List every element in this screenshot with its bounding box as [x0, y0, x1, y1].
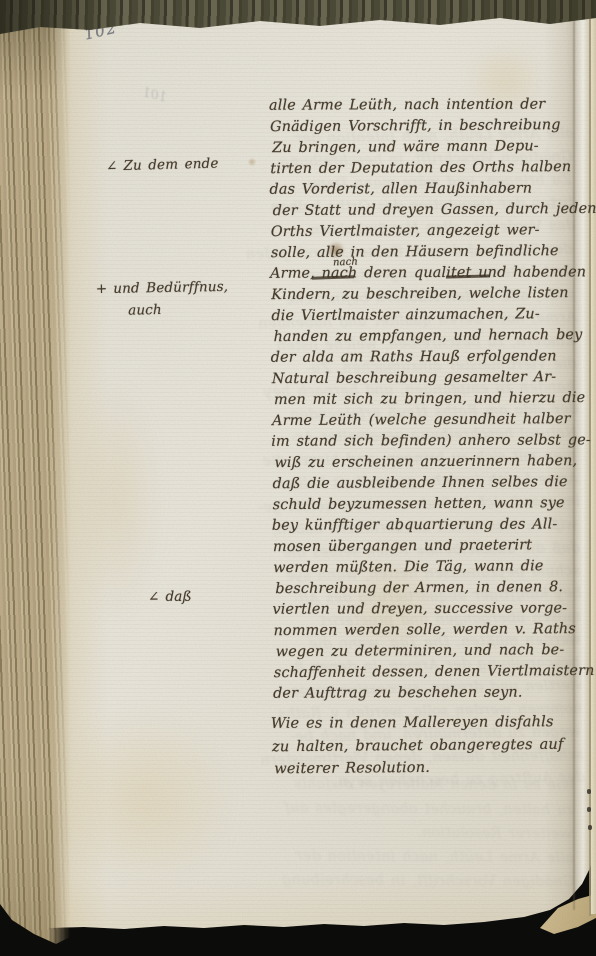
manuscript-line: men mit sich zu bringen, und hierzu die: [274, 388, 596, 411]
manuscript-line: alle Arme Leüth, nach intention der: [269, 94, 593, 116]
margin-note-text: Zu dem ende: [123, 156, 218, 174]
manuscript-line: Orths Viertlmaister, angezeigt wer-: [271, 220, 595, 243]
insertion-mark: ∠: [106, 158, 118, 174]
book-binding-page-stack: [0, 6, 72, 952]
manuscript-line: wiß zu erscheinen anzuerinnern haben,: [274, 451, 596, 474]
manuscript-line: viertlen und dreyen, successive vorge-: [272, 598, 596, 620]
margin-note-text: und Bedürffnus,: [113, 279, 228, 297]
manuscript-scan: alle Arme Leüth, nach intention derGnädi…: [0, 0, 596, 956]
manuscript-text-block: alle Arme Leüth, nach intention derGnädi…: [270, 94, 596, 705]
margin-note-zu-dem-ende: ∠Zu dem ende: [106, 156, 219, 175]
margin-note-dass: ∠daß: [148, 589, 192, 605]
margin-note-und-beduerffnus: +und Bedürffnus, auch: [96, 276, 229, 322]
manuscript-line: der Statt und dreyen Gassen, durch jeden: [273, 199, 596, 222]
manuscript-line: Wie es in denen Mallereyen disfahls: [271, 711, 563, 735]
binding-stitch-dot: [588, 825, 592, 830]
manuscript-line: zu halten, brauchet obangeregtes auf: [272, 733, 564, 758]
manuscript-line: bey künfftiger abquartierung des All-: [272, 514, 596, 536]
manuscript-line: das Vorderist, allen Haußinhabern: [269, 178, 593, 200]
insertion-mark: ∠: [148, 589, 159, 605]
margin-note-line: +und Bedürffnus,: [96, 276, 229, 300]
closing-paragraph: Wie es in denen Mallereyen disfahlszu ha…: [272, 711, 564, 781]
interlinear-insertion: nach: [333, 257, 358, 269]
manuscript-line: Natural beschreibung gesamelter Ar-: [272, 367, 596, 390]
manuscript-line: daß die ausbleibende Ihnen selbes die: [273, 472, 596, 495]
manuscript-line: werden müßten. Die Täg, wann die: [273, 556, 596, 579]
manuscript-line: Arme, nach deren qualitet und habenden: [270, 262, 594, 284]
manuscript-line: handen zu empfangen, und hernach bey: [273, 325, 596, 348]
manuscript-line: Zu bringen, und wäre mann Depu-: [272, 136, 596, 159]
manuscript-line: der Aufttrag zu beschehen seyn.: [273, 682, 596, 704]
margin-note-text: daß: [165, 589, 191, 605]
manuscript-line: nommen werden solle, werden v. Raths: [274, 619, 596, 642]
manuscript-line: tirten der Deputation des Orths halben: [270, 157, 594, 180]
manuscript-line: Arme Leüth (welche gesundheit halber: [272, 409, 596, 432]
insertion-mark: +: [96, 281, 108, 297]
manuscript-line: Kindern, zu beschreiben, welche listen: [271, 283, 595, 306]
manuscript-line: solle, alle in den Häusern befindliche: [271, 241, 595, 264]
binding-stitch-dot: [587, 789, 591, 794]
manuscript-line: im stand sich befinden) anhero selbst ge…: [271, 430, 595, 452]
manuscript-line: der alda am Raths Hauß erfolgenden: [271, 346, 595, 368]
margin-note-text: auch: [96, 298, 229, 322]
manuscript-line: die Viertlmaister ainzumachen, Zu-: [271, 304, 595, 327]
manuscript-line: schaffenheit dessen, denen Viertlmaister…: [274, 661, 596, 684]
manuscript-line: Gnädigen Vorschrifft, in beschreibung: [270, 115, 594, 138]
manuscript-line: wegen zu determiniren, und nach be-: [276, 640, 596, 663]
manuscript-line: weiterer Resolution.: [274, 756, 566, 781]
manuscript-line: mosen übergangen und praeterirt: [273, 535, 596, 558]
manuscript-line: beschreibung der Armen, in denen 8.: [275, 577, 596, 600]
binding-stitch-dot: [587, 807, 591, 812]
manuscript-line: schuld beyzumessen hetten, wann sye: [273, 493, 596, 516]
